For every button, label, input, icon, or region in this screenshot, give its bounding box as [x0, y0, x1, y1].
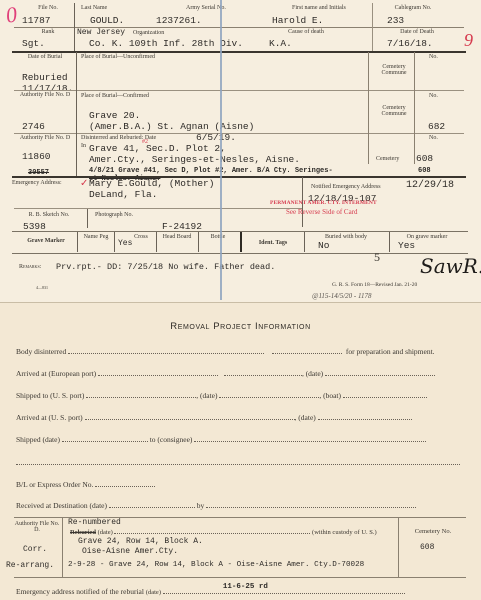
cause-of-death-value: K.A. [269, 38, 292, 49]
by-label: by [197, 501, 205, 510]
form-label: G. R. S. Form 18—Revised Jan. 21-20 [332, 283, 417, 289]
to-consignee-label: to (consignee) [150, 435, 193, 444]
no-value-2: 682 [428, 121, 445, 132]
corr-label: Corr. [23, 545, 47, 554]
file-no-value: 11787 [22, 15, 51, 26]
emergency-notified-value: 11-6-25 rd [223, 583, 268, 591]
for-prep-label: for preparation and shipment. [346, 347, 435, 356]
rearrang-label: Re-arrang. [6, 561, 54, 570]
rank-value: Sgt. [22, 38, 45, 49]
remarks-label: Remarks: [19, 264, 41, 270]
buried-with-body-value: No [318, 240, 329, 251]
custody-label: (within custody of U. S.) [312, 529, 377, 536]
place-confirmed-line1: Grave 20. [89, 110, 254, 121]
last-name-label: Last Name [81, 5, 107, 11]
authority-value-1: 2746 [22, 121, 45, 132]
row-received: Received at Destination (date) by [16, 501, 416, 510]
reburied-line3: 4/8/21 Grave #41, Sec D, Plot #2, Amer. … [89, 167, 333, 175]
reburied-place: Grave 41, Sec.D. Plot 2, Amer.Cty., Seri… [89, 143, 300, 165]
army-serial-value: 1237261. [156, 15, 202, 26]
cemetery-commune-label-2: Cemetery Commune [372, 105, 416, 118]
in-label: In [81, 143, 86, 149]
cemetery-no-value: 608 [420, 543, 434, 552]
reburied-line1: Grave 41, Sec.D. Plot 2, [89, 143, 300, 154]
arrived-european-label: Arrived at (European port) [16, 369, 96, 378]
renumbered-line2: Oise-Aisne Amer.Cty. [78, 547, 203, 557]
body-disinterred-label: Body disinterred [16, 347, 66, 356]
disinterred-date: 6/5/19. [196, 132, 236, 143]
renumbered-line1: Grave 24, Row 14, Block A. [78, 537, 203, 547]
notified-label: Notified Emergency Address [311, 184, 381, 190]
cemetery-label-3: Cemetery [376, 156, 399, 162]
row-shipped-us: Shipped to (U. S. port) , (date) , (boat… [16, 391, 427, 400]
emergency-label: Emergency Address: [12, 180, 62, 186]
date-label-3: (date) [298, 413, 316, 422]
see-reverse-stamp: See Reverse Side of Card [286, 208, 358, 216]
place-confirmed-label: Place of Burial—Confirmed [81, 93, 149, 99]
place-confirmed-value: Grave 20. (Amer.B.A.) St. Agnan (Aisne) [89, 110, 254, 132]
print-code: 4—831 [36, 286, 48, 290]
date-of-burial-label: Date of Burial [14, 54, 76, 60]
authority-value-2: 11860 [22, 151, 51, 162]
cablegram-value: 233 [387, 15, 404, 26]
date-label-2: (date) [200, 391, 218, 400]
shipped-us-label: Shipped to (U. S. port) [16, 391, 84, 400]
no-label-3: No. [429, 135, 438, 141]
date-label-1: (date) [306, 369, 324, 378]
arrived-us-label: Arrived at (U. S. port) [16, 413, 83, 422]
burial-card-front: 0 9 File No. Last Name Army Serial No. F… [0, 0, 481, 302]
first-name-value: Harold E. [272, 15, 323, 26]
check-mark-icon: ✓ [80, 178, 88, 189]
ident-tags-label: Ident. Tags [244, 240, 302, 246]
cemetery-commune-label-1: Cemetery Commune [372, 64, 416, 77]
removal-title: Removal Project Information [0, 321, 481, 332]
rearrang-value: 2-9-28 - Grave 24, Row 14, Block A - Ois… [68, 561, 364, 569]
place-unconfirmed-label: Place of Burial—Unconfirmed [81, 54, 155, 60]
renumbered-label: Re-numbered [68, 518, 121, 527]
first-name-label: First name and Initials [292, 5, 346, 11]
no-label-1: No. [429, 54, 438, 60]
file-no-label: File No. [28, 5, 68, 11]
reburied-text: Reburied [22, 72, 73, 83]
sketch-label: R. B. Sketch No. [14, 212, 84, 218]
emergency-line2: DeLand, Fla. [89, 189, 214, 200]
remarks-value: Prv.rpt.- DD: 7/25/18 No wife. Father de… [56, 262, 275, 272]
name-peg-label: Name Peg [78, 234, 114, 240]
renumbered-grave: Grave 24, Row 14, Block A. Oise-Aisne Am… [78, 537, 203, 557]
date-of-death-label: Date of Death [387, 29, 447, 35]
shipped-date-label: Shipped (date) [16, 435, 60, 444]
handwritten-ref: @115-14/5/20 - 1178 [312, 292, 371, 300]
permanent-stamp: PERMANENT AMER. CTY. INTERMENT [270, 200, 377, 206]
boat-label: (boat) [323, 391, 341, 400]
row-bl-express: B/L or Express Order No. [16, 480, 155, 489]
date-of-death-value: 7/16/18. [387, 38, 433, 49]
signature: SawR. [420, 254, 481, 278]
place-confirmed-line2: (Amer.B.A.) St. Agnan (Aisne) [89, 121, 254, 132]
date-label-5: (date) [146, 589, 161, 596]
last-name-value: GOULD. [90, 15, 124, 26]
margin-mark-left: 0 [4, 1, 19, 28]
state-value: New Jersey [77, 28, 125, 37]
rank-label: Rank [28, 29, 68, 35]
row-arrived-european: Arrived at (European port) , (date) [16, 369, 435, 378]
row-shipped-date: Shipped (date) to (consignee) [16, 435, 426, 444]
row-body-disinterred: Body disinterred for preparation and shi… [16, 347, 435, 356]
reburied-line2: Amer.Cty., Seringes-et-Nesles, Aisne. [89, 154, 300, 165]
margin-mark-right: 9 [464, 30, 473, 51]
grave-marker-label: Grave Marker [14, 238, 78, 244]
date-label-4: (date) [98, 529, 113, 536]
bl-express-label: B/L or Express Order No. [16, 480, 93, 489]
authority-label-1: Authority File No. D [14, 92, 76, 98]
cemetery-no-label: Cemetery No. [400, 529, 466, 536]
received-dest-label: Received at Destination (date) [16, 501, 107, 510]
no-value-3: 608 [416, 153, 433, 164]
cause-of-death-label: Cause of death [266, 29, 346, 35]
row-reburied-date: Reburied (date) (within custody of U. S.… [70, 528, 377, 536]
authority-label-2: Authority File No. D [14, 135, 76, 141]
plot-correction: #2 [142, 139, 148, 145]
no-label-2: No. [429, 93, 438, 99]
removal-card-back: Removal Project Information Body disinte… [0, 302, 481, 600]
no-value-3b: 608 [418, 167, 431, 175]
authority-label-3: Authority File No. D. [14, 521, 60, 534]
notified-value: 12/29/18 [406, 180, 454, 191]
organization-label: Organization [133, 30, 164, 36]
photo-label: Photograph No. [95, 212, 133, 218]
emergency-address: Mary E.Gould, (Mother) DeLand, Fla. [89, 178, 214, 200]
emergency-line1: Mary E.Gould, (Mother) [89, 178, 214, 189]
reburied-label: Reburied [70, 529, 96, 536]
cross-value: Yes [118, 239, 132, 248]
blank-line [16, 464, 460, 465]
row-arrived-us: Arrived at (U. S. port) , (date) [16, 413, 412, 422]
cablegram-label: Cablegram No. [378, 5, 448, 11]
handwritten-5: 5 [374, 250, 380, 265]
row-emergency-notified: Emergency address notified of the reburi… [16, 587, 405, 596]
head-board-label: Head Board [157, 234, 197, 240]
on-grave-marker-value: Yes [398, 240, 415, 251]
bottle-label: Bottle [200, 234, 236, 240]
emergency-notified-label: Emergency address notified of the reburi… [16, 587, 144, 596]
